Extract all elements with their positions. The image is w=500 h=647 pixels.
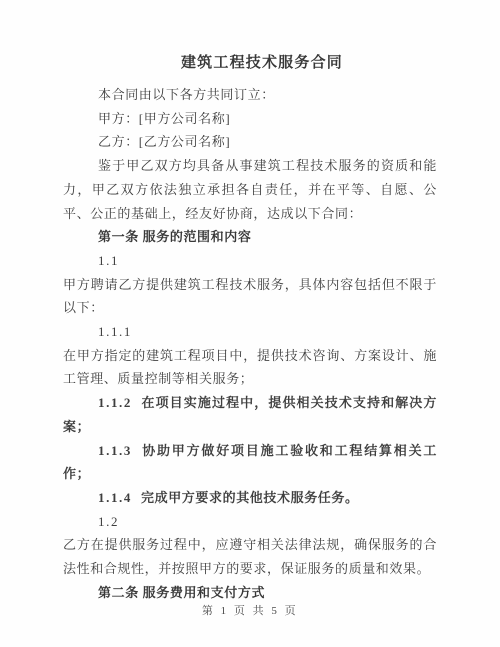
item-1-1-3: 1.1.3协助甲方做好项目施工验收和工程结算相关工作； (63, 439, 437, 486)
recital-paragraph: 鉴于甲乙双方均具备从事建筑工程技术服务的资质和能力，甲乙双方依法独立承担各自责任… (63, 154, 437, 225)
document-page: 建筑工程技术服务合同 本合同由以下各方共同订立： 甲方：[甲方公司名称] 乙方：… (0, 0, 500, 647)
item-1-1-4: 1.1.4完成甲方要求的其他技术服务任务。 (63, 486, 437, 510)
preamble-intro: 本合同由以下各方共同订立： (63, 83, 437, 107)
item-number-1-1: 1.1 (63, 249, 437, 273)
item-text-1-1-4: 完成甲方要求的其他技术服务任务。 (141, 490, 359, 505)
document-title: 建筑工程技术服务合同 (63, 55, 437, 72)
item-1-1-2: 1.1.2在项目实施过程中，提供相关技术支持和解决方案； (63, 391, 437, 438)
item-text-1-2: 乙方在提供服务过程中，应遵守相关法律法规，确保服务的合法性和合规性，并按照甲方的… (63, 533, 437, 580)
item-text-1-1: 甲方聘请乙方提供建筑工程技术服务，具体内容包括但不限于以下： (63, 273, 437, 320)
party-b-line: 乙方：[乙方公司名称] (63, 130, 437, 154)
document-body: 本合同由以下各方共同订立： 甲方：[甲方公司名称] 乙方：[乙方公司名称] 鉴于… (63, 83, 437, 604)
item-number-1-1-4: 1.1.4 (98, 490, 132, 505)
item-number-1-1-3: 1.1.3 (98, 443, 132, 458)
item-number-1-1-2: 1.1.2 (98, 395, 132, 410)
page-footer: 第 1 页 共 5 页 (0, 604, 500, 618)
item-number-1-2: 1.2 (63, 510, 437, 534)
party-a-line: 甲方：[甲方公司名称] (63, 107, 437, 131)
item-text-1-1-1: 在甲方指定的建筑工程项目中，提供技术咨询、方案设计、施工管理、质量控制等相关服务… (63, 344, 437, 391)
clause-2-heading: 第二条 服务费用和支付方式 (63, 581, 437, 605)
item-number-1-1-1: 1.1.1 (63, 320, 437, 344)
clause-1-heading: 第一条 服务的范围和内容 (63, 225, 437, 249)
